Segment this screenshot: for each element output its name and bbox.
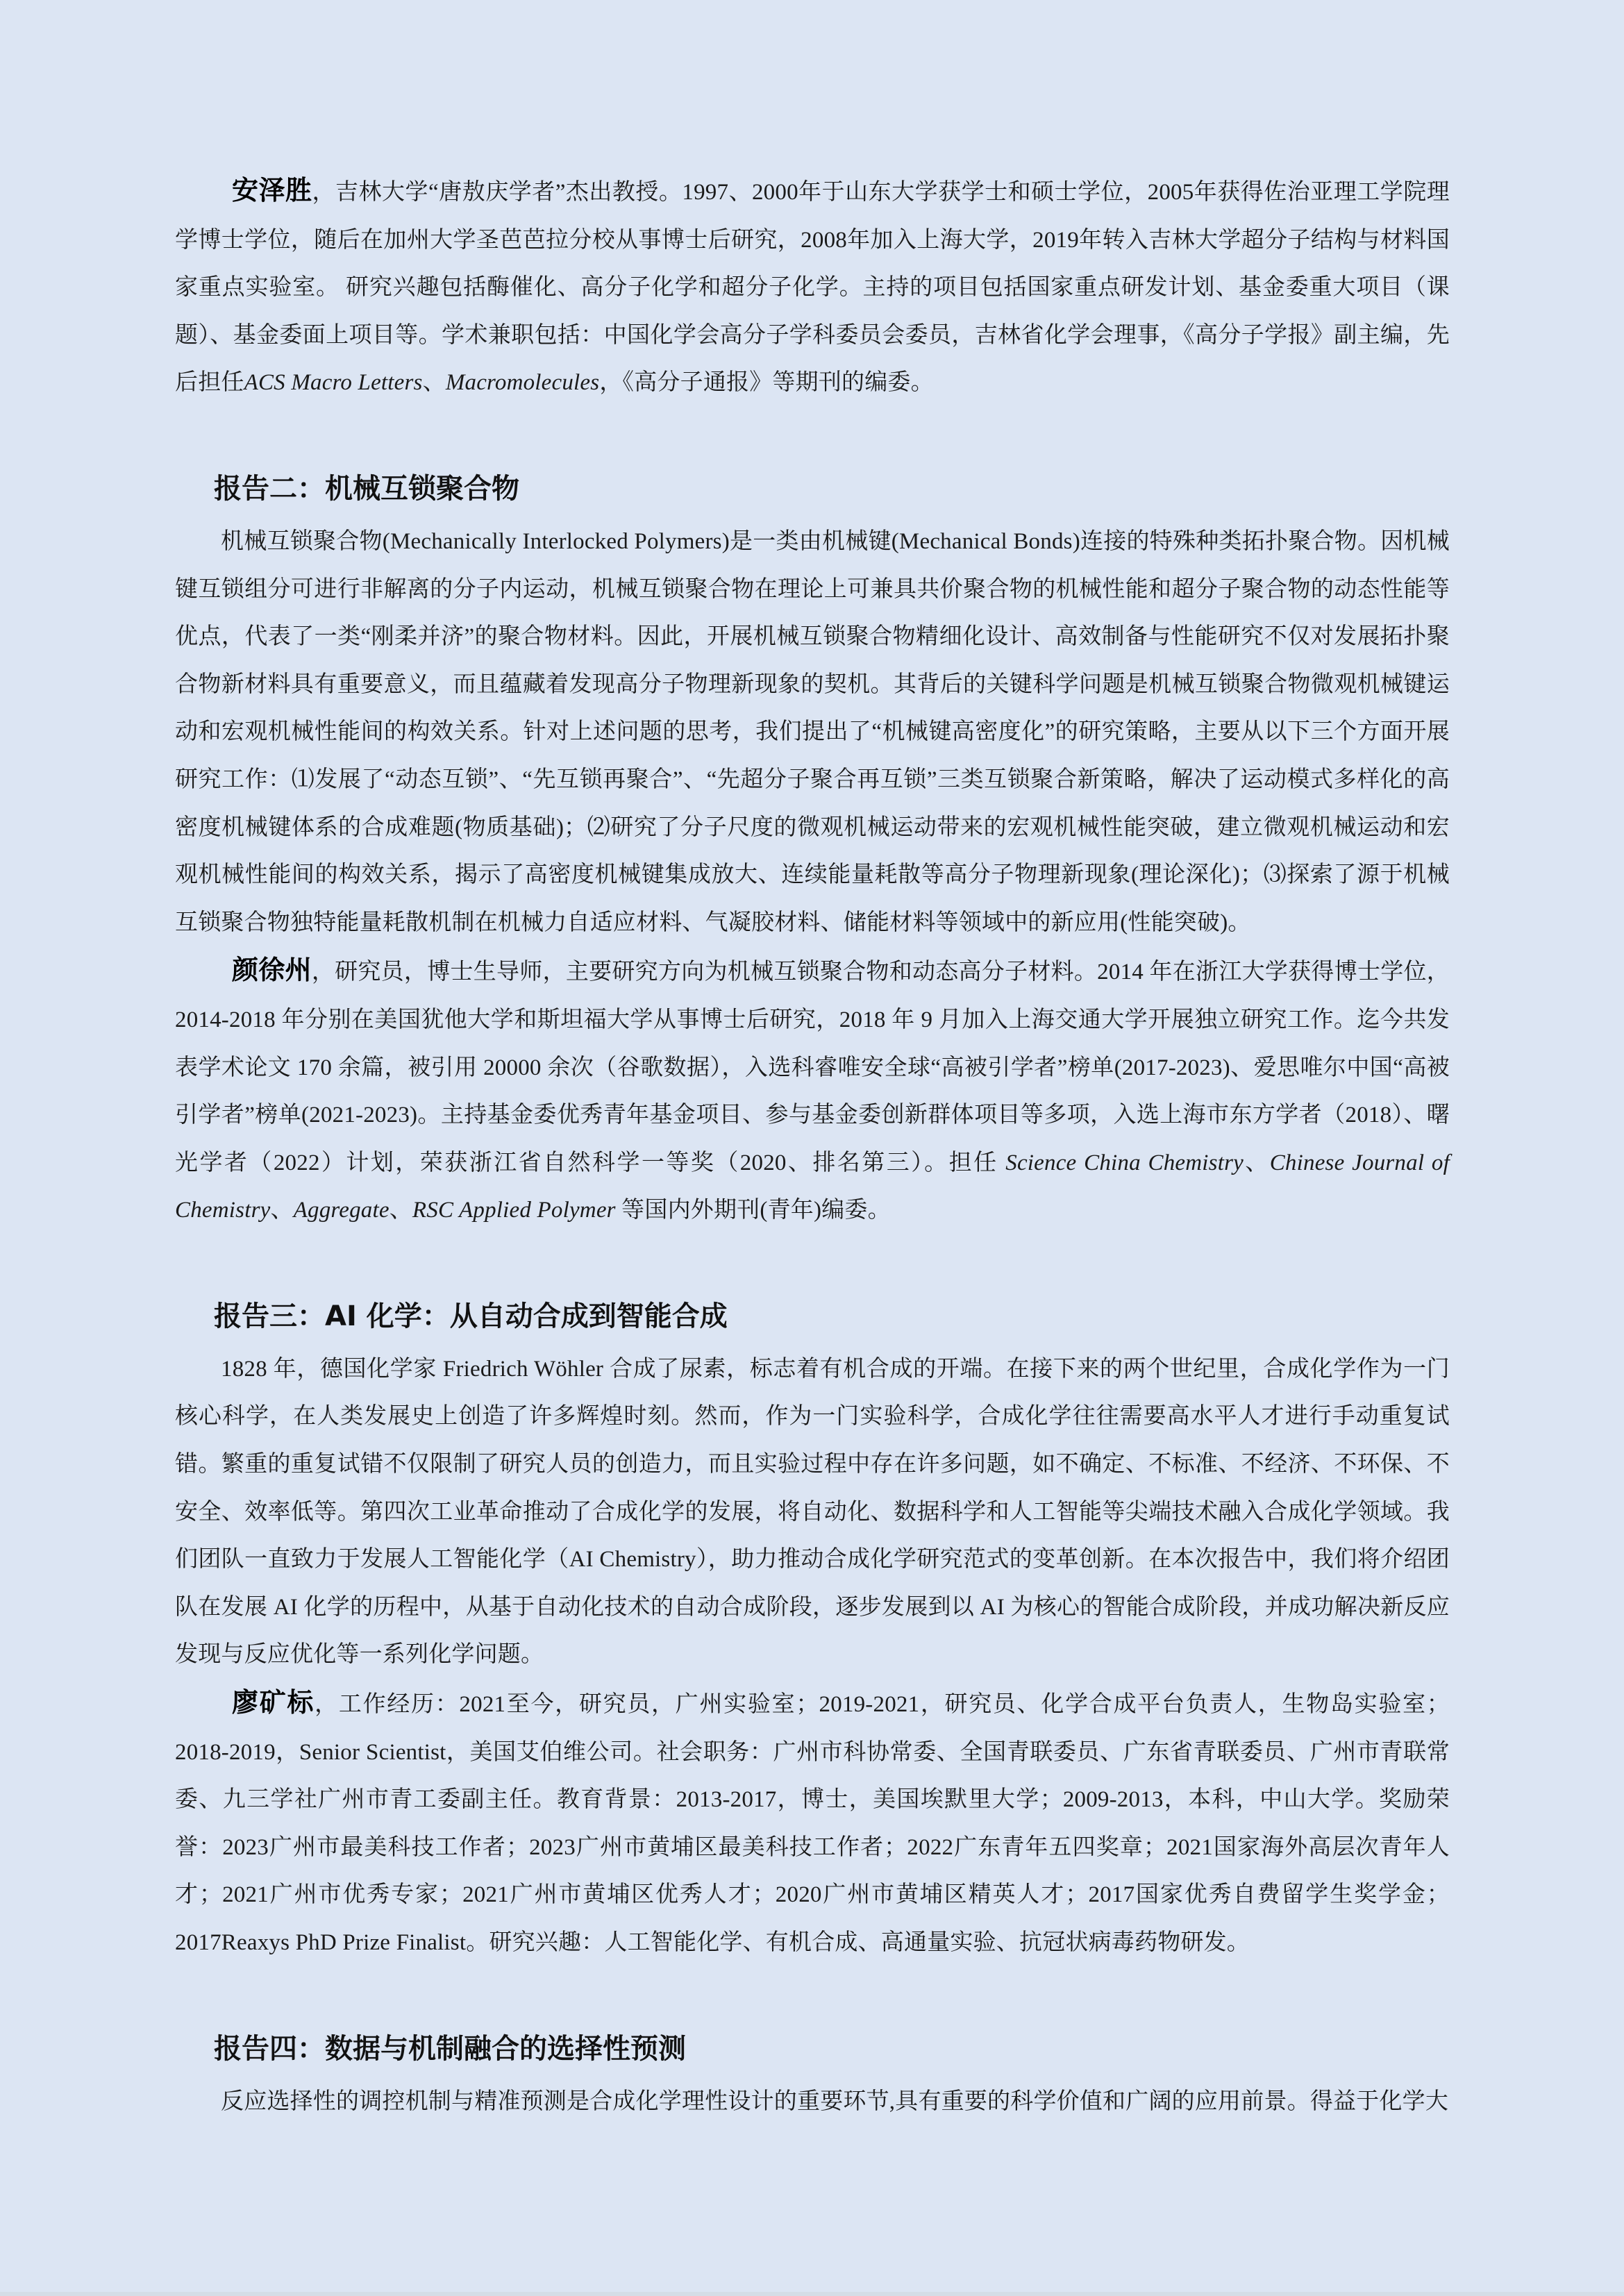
journal-name: Macromolecules (446, 370, 600, 395)
separator: 、 (423, 370, 446, 395)
speaker-bio-an-zesheng: 安泽胜，吉林大学“唐敖庆学者”杰出教授。1997、2000年于山东大学获学士和硕… (175, 167, 1450, 407)
speaker-name: 安泽胜 (232, 175, 312, 206)
journal-name: RSC Applied Polymer (412, 1198, 616, 1223)
speaker-name: 廖矿标 (232, 1687, 315, 1718)
report-2-abstract: 机械互锁聚合物(Mechanically Interlocked Polymer… (175, 518, 1450, 946)
bio-text: ，工作经历：2021至今，研究员，广州实验室；2019-2021，研究员、化学合… (175, 1692, 1450, 1955)
report-3-heading: 报告三：AI 化学：从自动合成到智能合成 (175, 1296, 1450, 1337)
separator: 、 (270, 1198, 293, 1223)
report-2-heading: 报告二：机械互锁聚合物 (175, 468, 1450, 510)
separator: 、 (1244, 1150, 1270, 1175)
journal-name: ACS Macro Letters (244, 370, 423, 395)
journal-name: Science China Chemistry (1005, 1150, 1244, 1175)
bio-text: ，吉林大学“唐敖庆学者”杰出教授。1997、2000年于山东大学获学士和硕士学位… (175, 180, 1450, 395)
speaker-bio-yan-xuzhou: 颜徐州，研究员，博士生导师，主要研究方向为机械互锁聚合物和动态高分子材料。201… (175, 946, 1450, 1234)
document-page: 安泽胜，吉林大学“唐敖庆学者”杰出教授。1997、2000年于山东大学获学士和硕… (175, 167, 1450, 2125)
report-4-heading: 报告四：数据与机制融合的选择性预测 (175, 2028, 1450, 2070)
report-4-abstract: 反应选择性的调控机制与精准预测是合成化学理性设计的重要环节,具有重要的科学价值和… (175, 2078, 1450, 2126)
bio-text: ，《高分子通报》等期刊的编委。 (599, 370, 934, 395)
speaker-name: 颜徐州 (232, 955, 312, 985)
bio-text: 等国内外期刊(青年)编委。 (616, 1198, 891, 1223)
speaker-bio-liao-kuangbiao: 廖矿标，工作经历：2021至今，研究员，广州实验室；2019-2021，研究员、… (175, 1679, 1450, 1967)
page-bottom-edge (0, 2292, 1624, 2296)
separator: 、 (390, 1198, 412, 1223)
journal-name: Aggregate (294, 1198, 390, 1223)
report-3-abstract: 1828 年，德国化学家 Friedrich Wöhler 合成了尿素，标志着有… (175, 1346, 1450, 1679)
bio-text: ，研究员，博士生导师，主要研究方向为机械互锁聚合物和动态高分子材料。2014 年… (175, 960, 1450, 1175)
